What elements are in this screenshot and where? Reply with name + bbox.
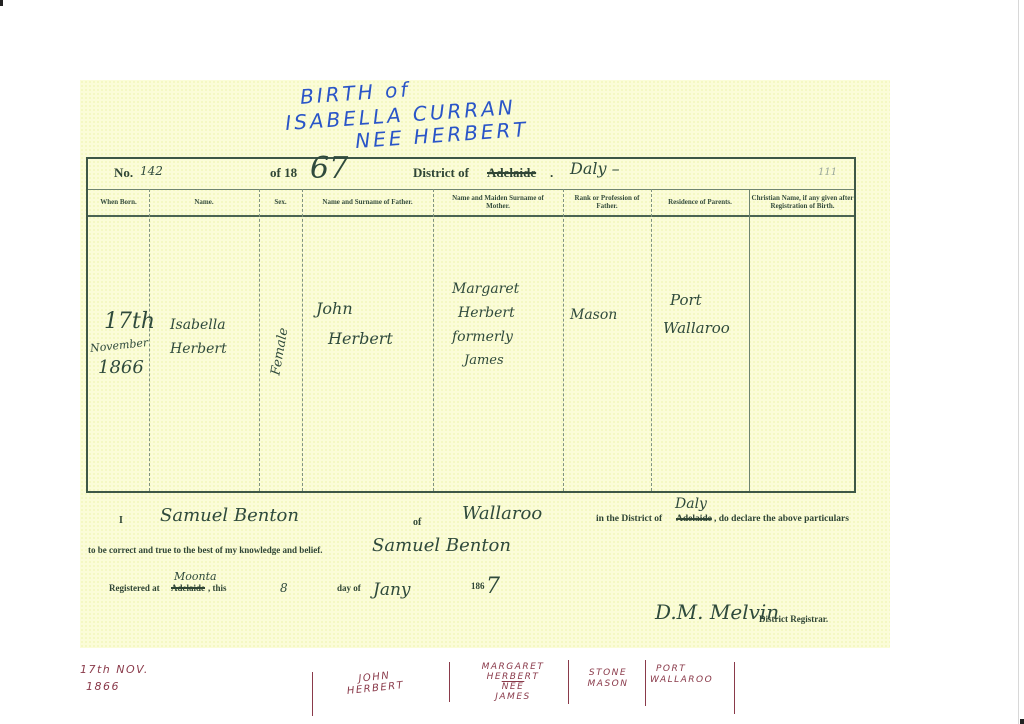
header-name: Name. xyxy=(149,191,259,213)
annotation-residence: PORT WALLAROO xyxy=(650,664,730,686)
declaration-i-label: I xyxy=(119,515,123,526)
registrar-title: District Registrar. xyxy=(759,614,828,624)
annotation-date-line1: 17th NOV. xyxy=(80,664,149,675)
register-table: No. 142 of 18 67 District of Adelaide . … xyxy=(86,157,856,493)
residence-line-2: Wallaroo xyxy=(663,319,730,337)
column-divider xyxy=(302,189,303,491)
annotation-occupation-line2: MASON xyxy=(578,679,638,690)
registered-place: Moonta xyxy=(174,570,217,583)
scan-edge xyxy=(1018,0,1019,724)
annotation-divider xyxy=(312,672,313,716)
scan-corner-mark xyxy=(0,0,3,6)
column-divider xyxy=(651,189,652,491)
annotation-divider xyxy=(568,660,569,704)
mother-line-3: formerly xyxy=(452,329,513,345)
annotation-mother-line4: JAMES xyxy=(468,692,558,702)
district-struck: Adelaide xyxy=(487,165,536,181)
annotation-occupation-line1: STONE xyxy=(578,668,638,679)
header-when-born: When Born. xyxy=(88,191,149,213)
born-day: 17th xyxy=(104,309,155,334)
annotation-residence-line1: PORT xyxy=(650,664,730,675)
column-divider xyxy=(259,189,260,491)
father-first-name: John xyxy=(316,299,353,318)
annotation-mother: MARGARET HERBERT NEE JAMES xyxy=(468,662,558,702)
declaration-district-struck: Adelaide xyxy=(676,514,712,524)
header-sex: Sex. xyxy=(259,191,302,213)
annotation-mother-line2: HERBERT xyxy=(468,672,558,682)
page-mark: 111 xyxy=(818,167,837,178)
annotation-divider xyxy=(645,660,646,706)
born-month: November xyxy=(89,336,148,355)
annotation-occupation: STONE MASON xyxy=(578,668,638,690)
annotation-mother-line1: MARGARET xyxy=(468,662,558,672)
mother-line-2: Herbert xyxy=(458,305,515,321)
column-divider xyxy=(149,189,150,491)
registered-this-label: , this xyxy=(208,583,227,593)
declarant-signature: Samuel Benton xyxy=(372,535,511,556)
register-title-row: No. 142 of 18 67 District of Adelaide . … xyxy=(88,159,854,189)
annotation-divider xyxy=(449,662,450,702)
declarant-place: Wallaroo xyxy=(462,503,542,524)
annotation-date-line2: 1866 xyxy=(80,681,149,692)
registered-place-struck: Adelaide xyxy=(171,583,205,593)
scan-corner-mark xyxy=(1020,719,1024,724)
header-residence: Residence of Parents. xyxy=(651,191,749,213)
year-value: 67 xyxy=(310,151,348,186)
declaration-suffix: , do declare the above particulars xyxy=(714,514,849,524)
district-period: . xyxy=(550,165,553,181)
declaration-line-2: to be correct and true to the best of my… xyxy=(88,545,323,555)
number-label: No. xyxy=(114,165,133,181)
registered-year-suffix: 7 xyxy=(486,574,500,599)
year-label: of 18 xyxy=(270,165,297,181)
mother-line-1: Margaret xyxy=(452,281,519,297)
registered-at-label: Registered at xyxy=(109,583,160,593)
declaration-of-label: of xyxy=(413,517,421,528)
declaration-district-value: Daly xyxy=(675,496,707,512)
child-sex: Female xyxy=(268,327,291,377)
annotation-residence-line2: WALLAROO xyxy=(650,675,730,686)
annotation-father: JOHN HERBERT xyxy=(329,667,421,698)
column-divider xyxy=(749,189,750,491)
mother-line-4: James xyxy=(464,353,504,368)
registered-month: Jany xyxy=(373,580,411,600)
declaration-district-prefix: in the District of xyxy=(596,514,662,524)
annotation-mother-line3: NEE xyxy=(468,682,558,692)
annotation-divider xyxy=(734,662,735,714)
header-christian-name: Christian Name, if any given after Regis… xyxy=(751,191,854,213)
residence-line-1: Port xyxy=(670,291,702,309)
child-surname: Herbert xyxy=(170,341,227,357)
born-year: 1866 xyxy=(98,357,144,378)
father-surname: Herbert xyxy=(328,329,393,348)
registered-day: 8 xyxy=(280,581,288,595)
father-rank: Mason xyxy=(570,307,617,323)
annotation-birth-date: 17th NOV. 1866 xyxy=(80,664,149,692)
column-divider xyxy=(563,189,564,491)
number-value: 142 xyxy=(140,164,163,178)
day-of-label: day of xyxy=(337,583,361,593)
header-rank: Rank or Profession of Father. xyxy=(571,191,643,213)
district-value: Daly – xyxy=(570,159,620,178)
header-father: Name and Surname of Father. xyxy=(302,191,433,213)
district-label: District of xyxy=(413,165,469,181)
registered-year-prefix: 186 xyxy=(471,581,485,591)
header-mother: Name and Maiden Surname of Mother. xyxy=(441,191,555,213)
column-divider xyxy=(433,189,434,491)
child-first-name: Isabella xyxy=(170,317,226,333)
declarant-name: Samuel Benton xyxy=(160,505,299,526)
